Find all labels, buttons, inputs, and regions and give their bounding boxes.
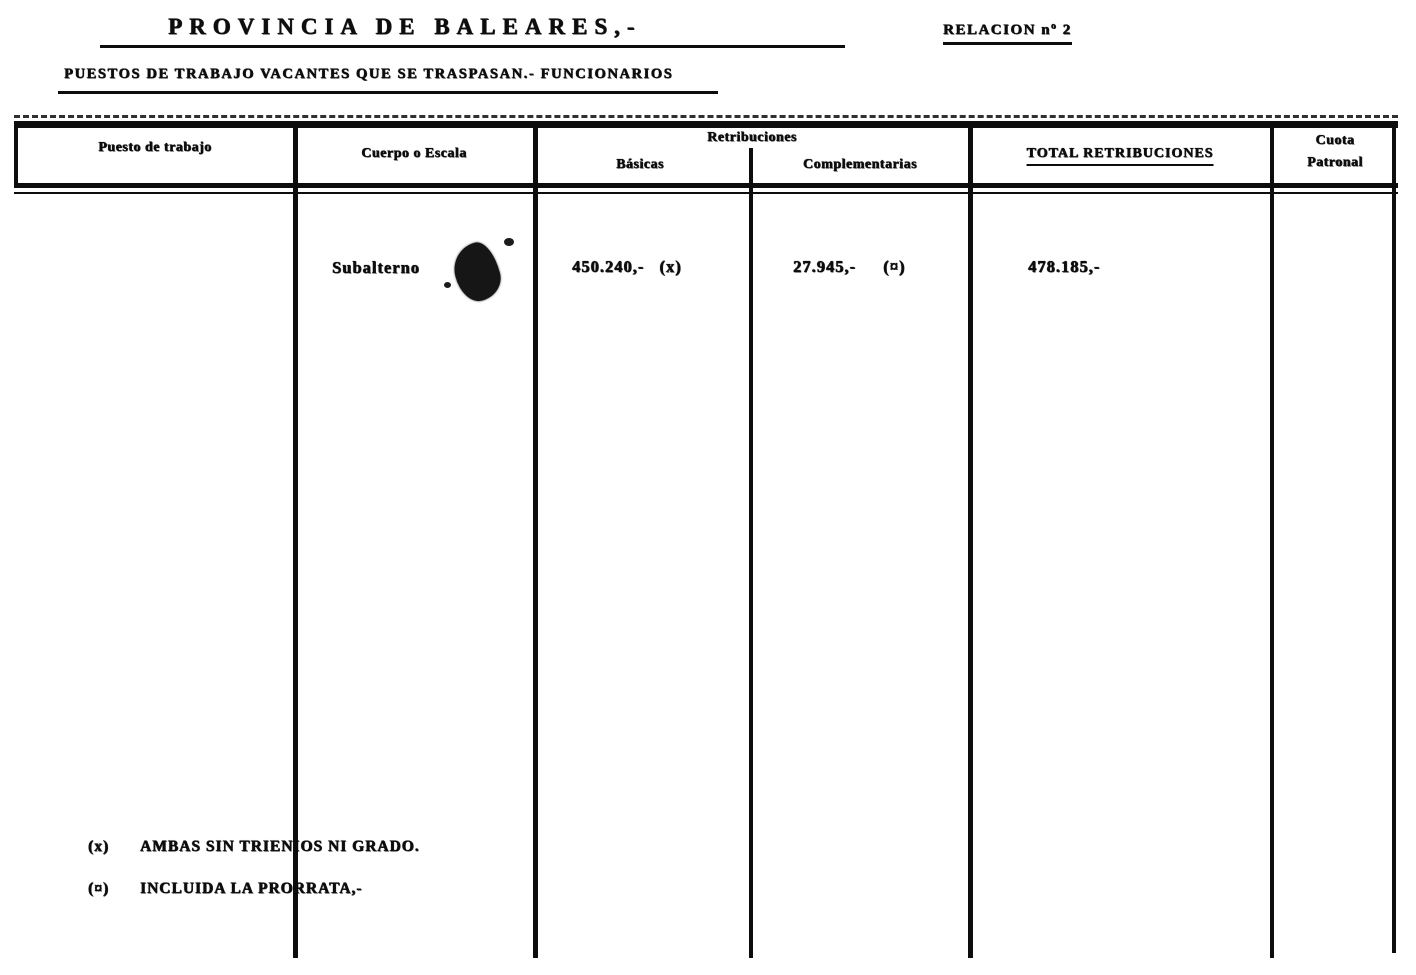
header-bottom-border [14, 183, 1398, 188]
column-divider-total-cuota [1270, 121, 1274, 958]
ink-smudge [449, 239, 506, 306]
title-underline [100, 45, 845, 48]
footnote-1-marker: (x) [88, 838, 109, 855]
scanned-document-page: PROVINCIA DE BALEARES,- RELACION nº 2 PU… [0, 0, 1416, 975]
column-divider-complementarias-total [968, 121, 973, 958]
column-header-cuota-line2: Patronal [1307, 155, 1363, 171]
complementarias-amount: 27.945,- [793, 257, 856, 276]
subtitle-underline [58, 91, 718, 94]
row-complementarias-value: 27.945,- (¤) [793, 257, 905, 277]
column-header-cuota-line1: Cuota [1315, 133, 1354, 149]
column-divider-puesto-cuerpo [293, 121, 298, 958]
ink-smudge-dot-2 [444, 282, 451, 288]
basicas-footnote-marker: (x) [659, 257, 681, 276]
column-divider-cuerpo-retribuciones [533, 121, 538, 958]
column-divider-basicas-complementarias [749, 148, 753, 958]
column-header-basicas: Básicas [616, 157, 664, 173]
row-total-value: 478.185,- [1028, 257, 1100, 277]
table-left-header-border [14, 121, 18, 188]
complementarias-footnote-marker: (¤) [883, 257, 905, 276]
footnote-2-marker: (¤) [88, 880, 109, 897]
table-top-dashed-line [14, 115, 1398, 118]
column-header-retribuciones-group: Retribuciones [707, 130, 797, 146]
row-basicas-value: 450.240,- (x) [572, 257, 682, 277]
footnote-1-text: AMBAS SIN TRIENIOS NI GRADO. [140, 838, 420, 855]
column-header-puesto: Puesto de trabajo [98, 140, 212, 156]
basicas-amount: 450.240,- [572, 257, 644, 276]
page-subtitle: PUESTOS DE TRABAJO VACANTES QUE SE TRASP… [64, 66, 673, 83]
table-top-border [14, 121, 1398, 128]
header-bottom-thin-line [14, 192, 1398, 194]
column-header-cuerpo: Cuerpo o Escala [361, 146, 467, 162]
ink-smudge-dot [504, 238, 514, 246]
relation-label: RELACION nº 2 [943, 22, 1072, 45]
column-header-complementarias: Complementarias [803, 157, 917, 173]
page-title: PROVINCIA DE BALEARES,- [168, 14, 641, 40]
footnote-1: (x) AMBAS SIN TRIENIOS NI GRADO. [88, 838, 420, 856]
column-header-total: TOTAL RETRIBUCIONES [1027, 146, 1214, 166]
footnote-2-text: INCLUIDA LA PRORRATA,- [140, 880, 363, 897]
footnote-2: (¤) INCLUIDA LA PRORRATA,- [88, 880, 362, 898]
row-cuerpo-value: Subalterno [332, 258, 420, 278]
table-right-border [1392, 121, 1396, 953]
